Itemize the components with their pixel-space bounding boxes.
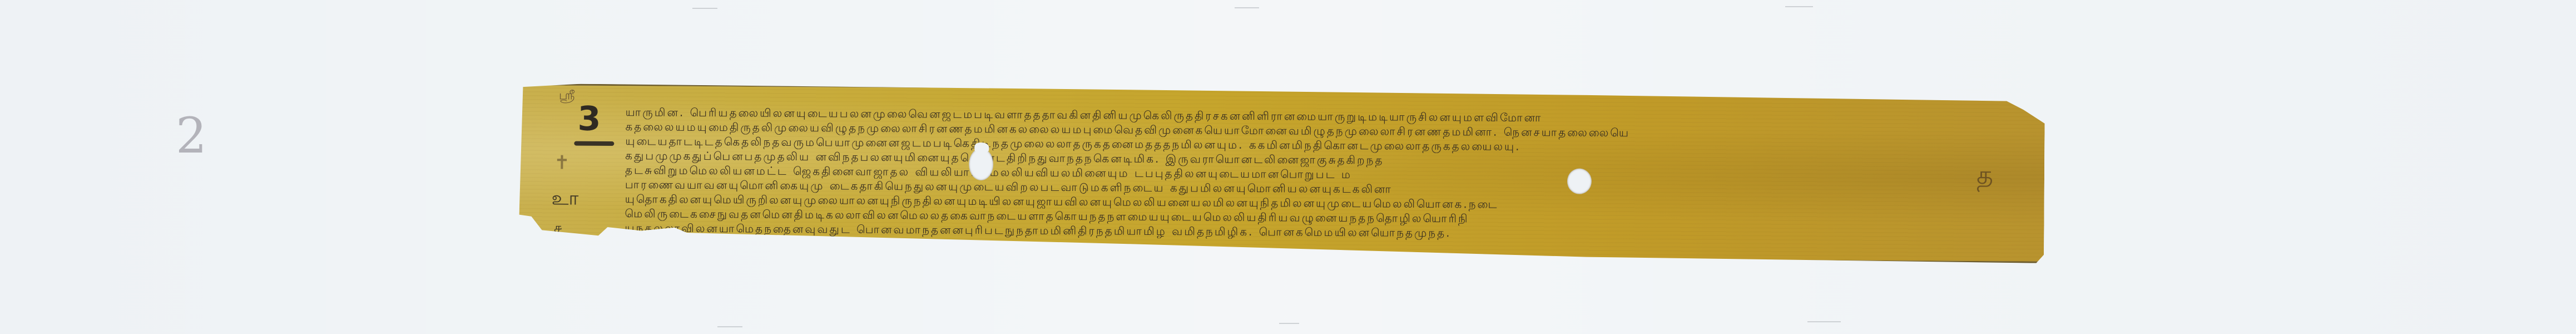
faded-cross-mark: ✝ <box>554 153 570 172</box>
scan-edge-mark <box>692 8 717 9</box>
manuscript-text: யாருமின. பெரியதலையிலனயுடையபலனமுலைவெனஜடமப… <box>625 105 1954 243</box>
scan-edge-mark <box>1235 7 1259 8</box>
string-hole-right <box>1567 169 1592 194</box>
string-hole-left <box>969 148 993 180</box>
tamil-numeral-mark: உா <box>552 189 579 208</box>
pencil-page-number: 2 <box>176 111 207 160</box>
scan-edge-mark <box>1807 321 1841 322</box>
folio-underline <box>574 141 614 146</box>
right-margin-glyph: த <box>1976 160 1993 194</box>
scan-edge-mark <box>1785 6 1813 7</box>
scan-edge-mark <box>717 326 742 327</box>
scan-edge-mark <box>1279 323 1299 324</box>
invocation-mark: ஸ்ரீ <box>559 90 575 102</box>
folio-number: 3 <box>577 102 601 136</box>
